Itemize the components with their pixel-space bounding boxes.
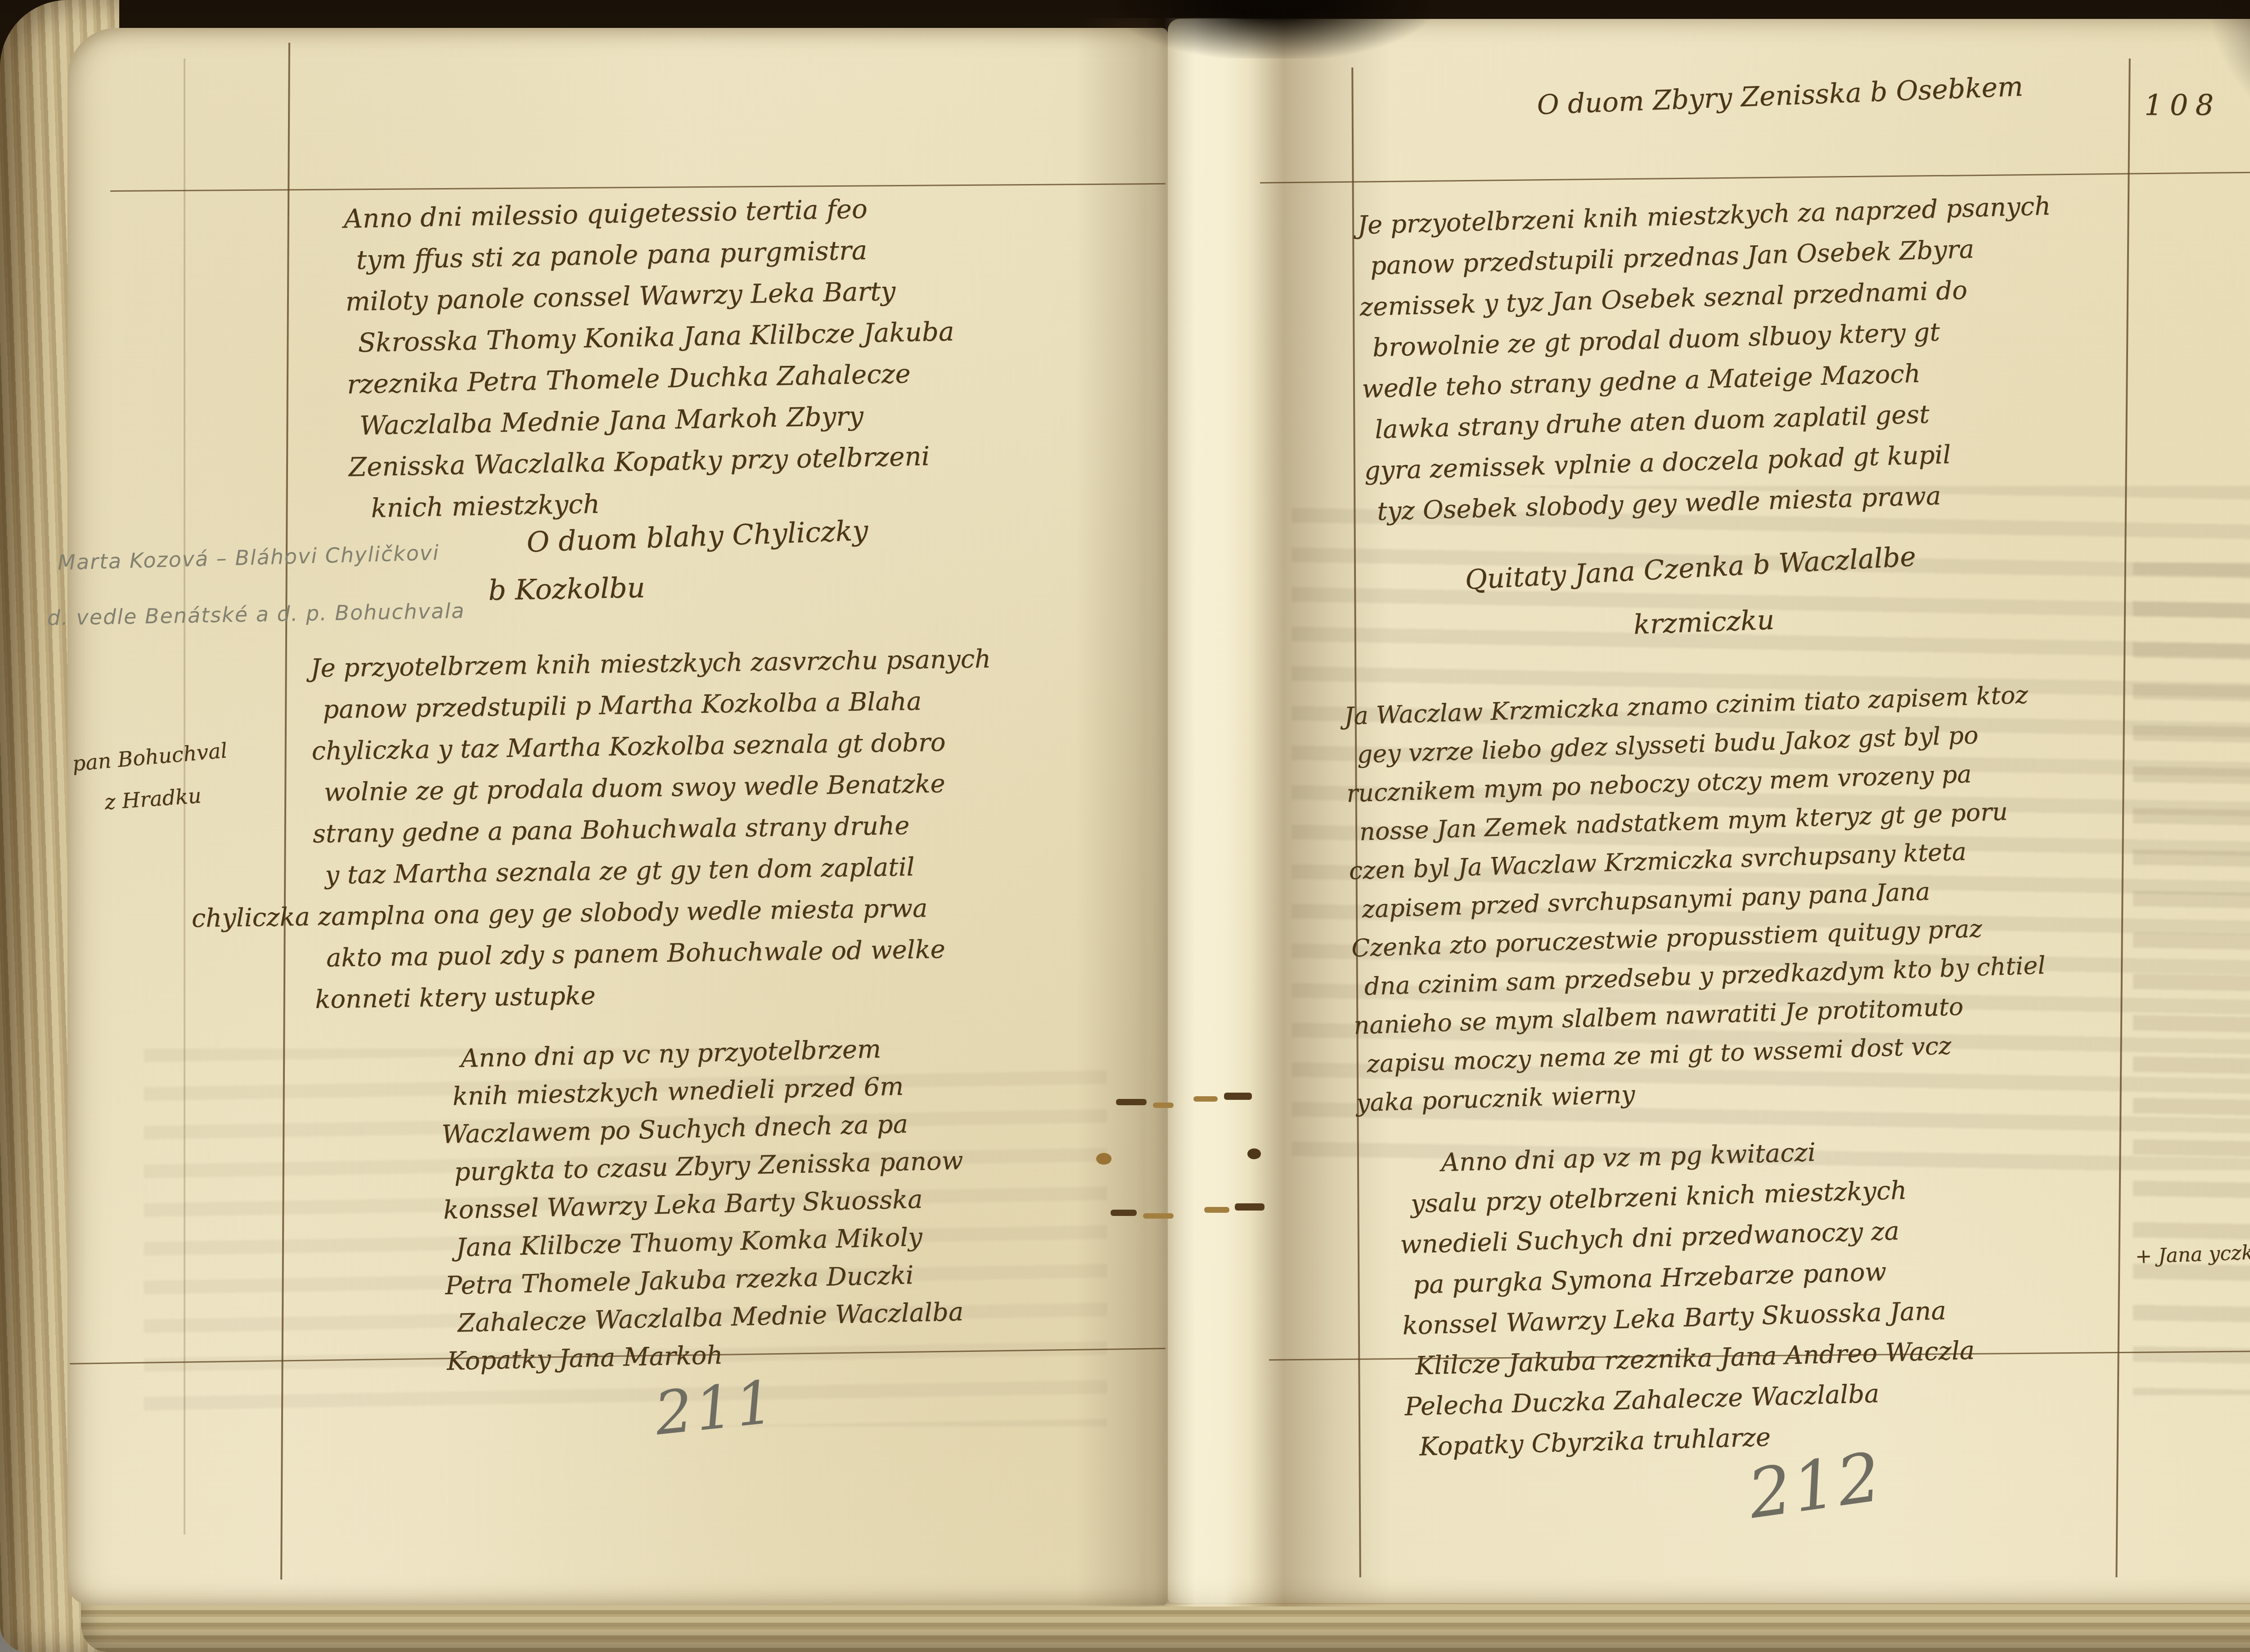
right-record-3: Anno dni ap vz m pg kwitaczi ysalu przy … — [1397, 1124, 2117, 1468]
left-record-2: Je przyotelbrzem knih miestzkych zasvrzc… — [310, 637, 1089, 1021]
page-number-left: 211 — [652, 1367, 780, 1449]
left-record-3: Anno dni ap vc ny przyotelbrzem knih mie… — [440, 1025, 1122, 1381]
sewing-mark — [1143, 1213, 1174, 1219]
right-record-2: Ja Waczlaw Krzmiczka znamo czinim tiato … — [1344, 673, 2122, 1123]
margin-note-mark: + — [2135, 1245, 2152, 1268]
sewing-mark — [1153, 1103, 1174, 1108]
sewing-mark — [1116, 1099, 1147, 1105]
left-record-1: Anno dni milessio quigetessio tertia feo… — [343, 185, 1061, 529]
sewing-mark — [1193, 1096, 1218, 1102]
record-heading: krzmiczku — [1633, 604, 1775, 641]
margin-note-text: Jana yczka — [2158, 1241, 2250, 1267]
wormhole — [1247, 1148, 1261, 1159]
sewing-mark — [1224, 1093, 1252, 1100]
sewing-mark — [1204, 1207, 1229, 1213]
manuscript-scan: Anno dni milessio quigetessio tertia feo… — [0, 0, 2250, 1652]
folio-number: 108 — [2144, 89, 2221, 122]
record-heading: b Kozkolbu — [488, 571, 645, 607]
sewing-mark — [1235, 1203, 1264, 1211]
margin-ink-note: + Jana yczka — [2135, 1241, 2250, 1268]
right-record-1: Je przyotelbrzeni knih miestzkych za nap… — [1357, 184, 2122, 533]
